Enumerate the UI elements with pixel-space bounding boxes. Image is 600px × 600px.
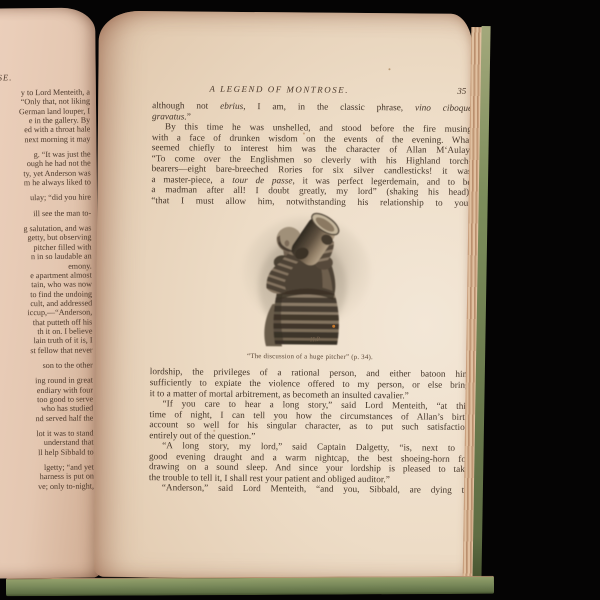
paragraph: “If you care to hear a long story,” said… bbox=[149, 399, 469, 444]
text-line-fragment: st fellow that never bbox=[1, 345, 93, 355]
artist-monogram: H.P bbox=[309, 336, 321, 344]
text-line-fragment: m he always liked to bbox=[0, 178, 91, 188]
text-line-fragment: ulay; “did you hire bbox=[0, 193, 91, 203]
left-running-title-fragment: SE. bbox=[0, 72, 12, 82]
paragraph: “Anderson,” said Lord Menteith, “and you… bbox=[149, 484, 469, 497]
book-photo: SE. y to Lord Menteith, a“Only that, not… bbox=[0, 0, 600, 600]
page-number: 35 bbox=[457, 86, 466, 96]
illustration-caption: “The discussion of a huge pitcher” (p. 3… bbox=[150, 353, 470, 363]
paragraph: By this time he was unshelled, and stood… bbox=[151, 122, 472, 209]
left-page: SE. y to Lord Menteith, a“Only that, not… bbox=[0, 7, 101, 578]
cover-edge-bottom bbox=[6, 576, 494, 597]
text-block-bottom: lordship, the privileges of a rational p… bbox=[149, 368, 470, 497]
knight-drinking-illustration: H.P bbox=[222, 210, 399, 352]
text-line-fragment: next morning it may bbox=[0, 134, 90, 144]
illustration: H.P bbox=[222, 210, 399, 352]
foxing-speck bbox=[213, 430, 215, 432]
foxing-speck bbox=[388, 68, 390, 70]
text-block-top: although not ebrius, I am, in the classi… bbox=[151, 101, 472, 209]
left-page-text-fragments: y to Lord Menteith, a“Only that, not lik… bbox=[0, 88, 94, 492]
paragraph: lordship, the privileges of a rational p… bbox=[150, 368, 470, 402]
text-line: “that I must allow him, notwithstanding … bbox=[151, 196, 471, 209]
text-line-fragment: ll help Sibbald to bbox=[2, 447, 94, 457]
text-line: “Anderson,” said Lord Menteith, “and you… bbox=[149, 484, 469, 497]
paragraph: although not ebrius, I am, in the classi… bbox=[152, 101, 472, 125]
text-line-fragment: son to the other bbox=[1, 360, 93, 370]
text-line-fragment: nd served half the bbox=[1, 413, 93, 423]
page-header: A LEGEND OF MONTROSE. 35 bbox=[152, 83, 472, 98]
paragraph: “A long story, my lord,” said Captain Da… bbox=[149, 441, 469, 486]
page-body: although not ebrius, I am, in the classi… bbox=[149, 101, 472, 497]
text-line-fragment: ve; only to-night, bbox=[2, 481, 94, 491]
foxing-speck bbox=[303, 132, 305, 134]
text-line-fragment: ill see the man to- bbox=[0, 208, 91, 218]
running-title: A LEGEND OF MONTROSE. bbox=[152, 83, 406, 95]
foxing-speck bbox=[332, 325, 335, 328]
right-page: A LEGEND OF MONTROSE. 35 although not eb… bbox=[94, 11, 473, 580]
